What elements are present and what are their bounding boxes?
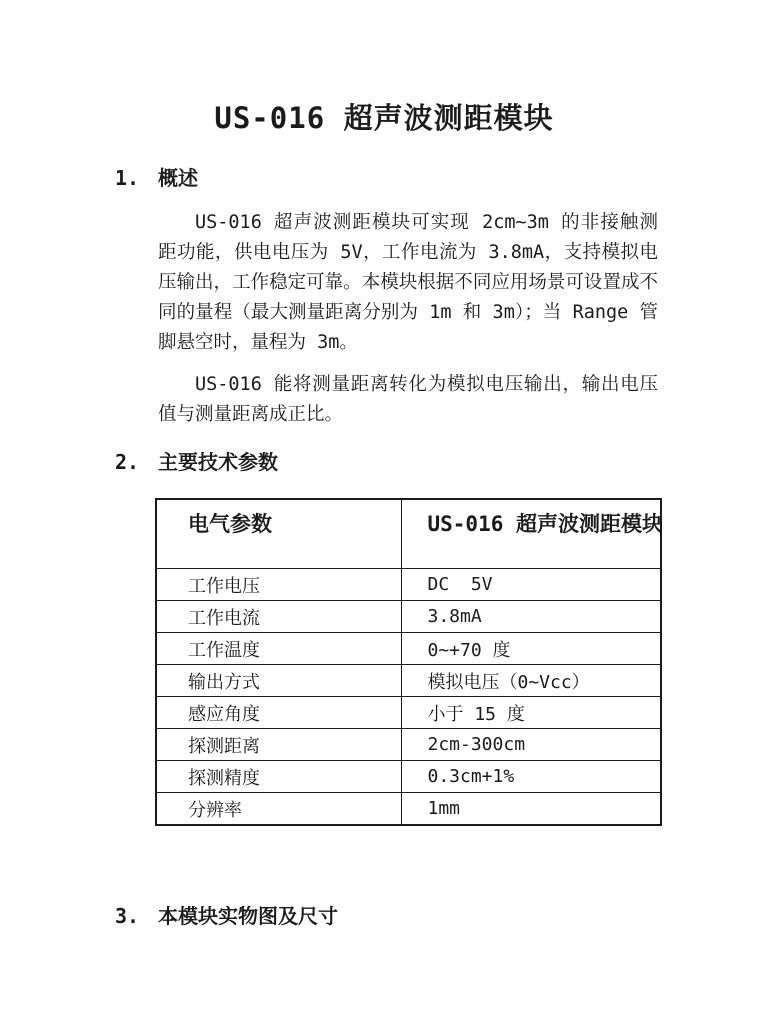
param-value-cell: 1mm	[401, 793, 661, 826]
section-parameters-number: 2.	[115, 448, 158, 476]
param-name-cell: 工作温度	[156, 633, 401, 665]
table-row: 工作电压DC 5V	[156, 569, 661, 601]
table-row: 分辨率1mm	[156, 793, 661, 826]
table-header-parameter: 电气参数	[156, 499, 401, 569]
param-value-cell: 小于 15 度	[401, 697, 661, 729]
param-name-cell: 工作电流	[156, 601, 401, 633]
document-page: US-016 超声波测距模块 1. 概述 US-016 超声波测距模块可实现 2…	[0, 0, 768, 1024]
section-photos-title: 本模块实物图及尺寸	[158, 902, 338, 930]
param-name-cell: 感应角度	[156, 697, 401, 729]
section-overview-heading: 1. 概述	[115, 164, 768, 192]
document-title: US-016 超声波测距模块	[0, 96, 768, 140]
param-value-cell: 0.3cm+1%	[401, 761, 661, 793]
table-row: 感应角度小于 15 度	[156, 697, 661, 729]
section-photos-number: 3.	[115, 902, 158, 930]
param-value-cell: 2cm-300cm	[401, 729, 661, 761]
parameters-table: 电气参数 US-016 超声波测距模块 工作电压DC 5V工作电流3.8mA工作…	[155, 498, 662, 826]
table-row: 探测精度0.3cm+1%	[156, 761, 661, 793]
param-name-cell: 探测距离	[156, 729, 401, 761]
section-overview-title: 概述	[158, 164, 198, 192]
table-row: 探测距离2cm-300cm	[156, 729, 661, 761]
section-overview-number: 1.	[115, 164, 158, 192]
overview-paragraph-2: US-016 能将测量距离转化为模拟电压输出，输出电压值与测量距离成正比。	[158, 370, 658, 430]
section-parameters-title: 主要技术参数	[158, 448, 278, 476]
param-name-cell: 工作电压	[156, 569, 401, 601]
table-header-row: 电气参数 US-016 超声波测距模块	[156, 499, 661, 569]
overview-paragraph-1: US-016 超声波测距模块可实现 2cm~3m 的非接触测距功能，供电电压为 …	[158, 208, 658, 358]
table-header-module: US-016 超声波测距模块	[401, 499, 661, 569]
param-value-cell: 模拟电压（0~Vcc）	[401, 665, 661, 697]
param-value-cell: DC 5V	[401, 569, 661, 601]
param-value-cell: 3.8mA	[401, 601, 661, 633]
param-name-cell: 分辨率	[156, 793, 401, 826]
table-row: 工作温度0~+70 度	[156, 633, 661, 665]
table-row: 工作电流3.8mA	[156, 601, 661, 633]
param-name-cell: 探测精度	[156, 761, 401, 793]
parameters-table-body: 工作电压DC 5V工作电流3.8mA工作温度0~+70 度输出方式模拟电压（0~…	[156, 569, 661, 826]
table-row: 输出方式模拟电压（0~Vcc）	[156, 665, 661, 697]
param-value-cell: 0~+70 度	[401, 633, 661, 665]
param-name-cell: 输出方式	[156, 665, 401, 697]
section-photos-heading: 3. 本模块实物图及尺寸	[115, 902, 768, 930]
section-parameters-heading: 2. 主要技术参数	[115, 448, 768, 476]
